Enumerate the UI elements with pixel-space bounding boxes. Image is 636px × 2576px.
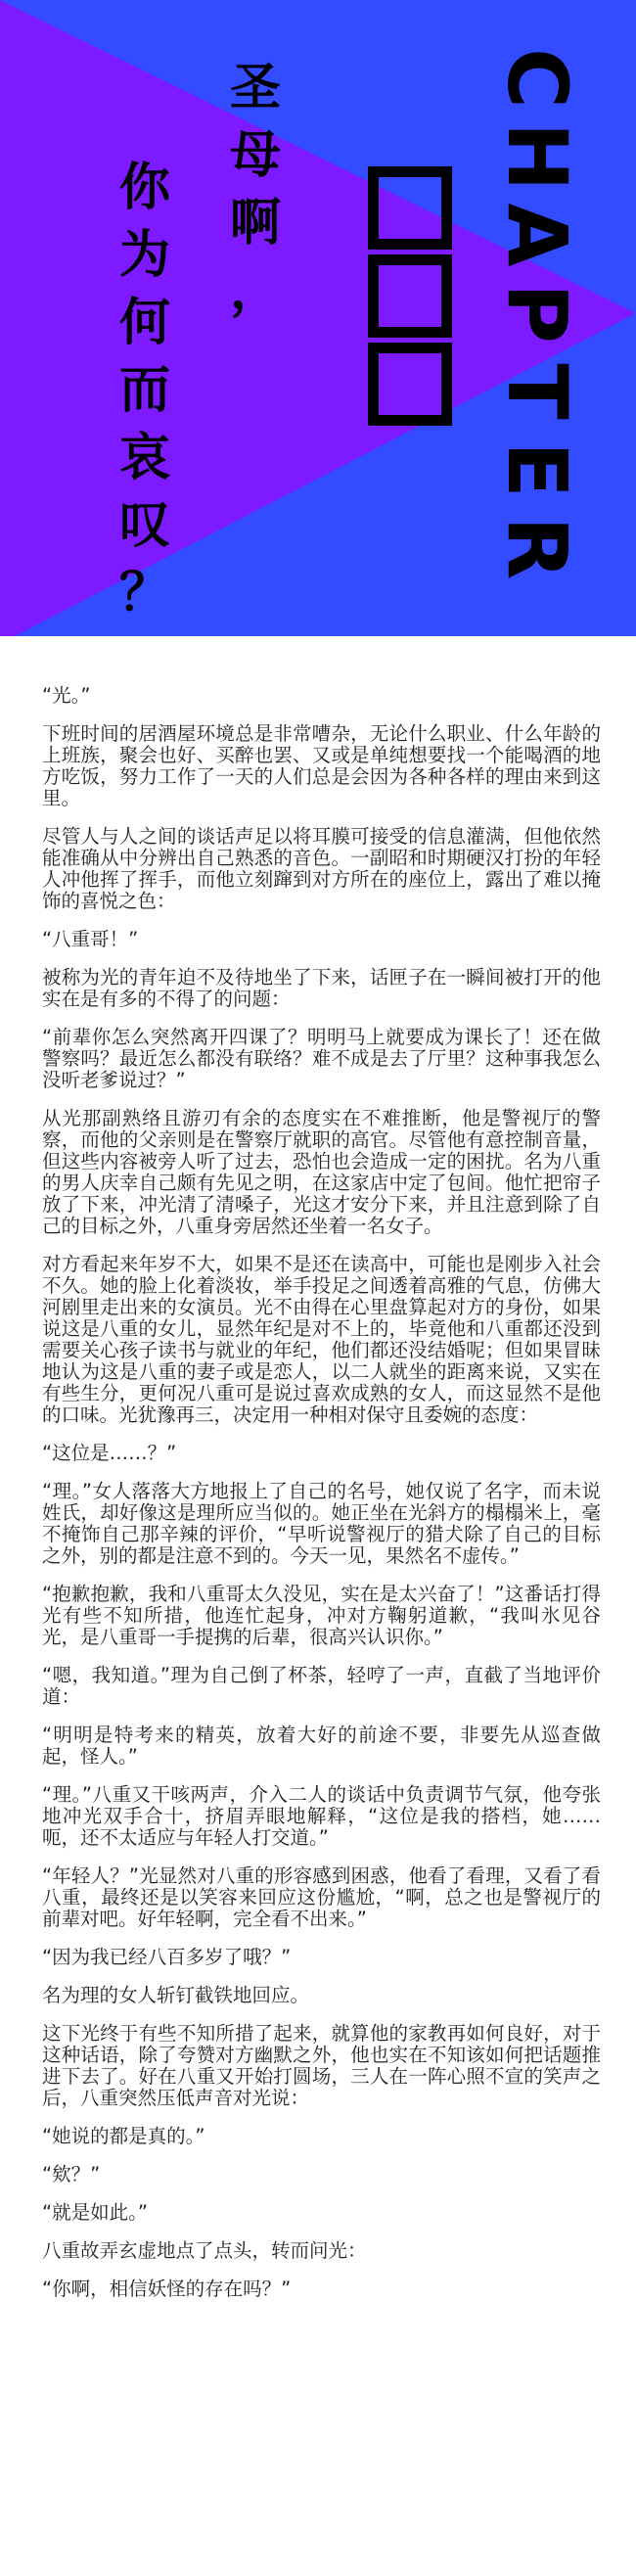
paragraph: “八重哥！”	[42, 929, 601, 950]
title-char: 叹	[117, 496, 172, 564]
title-char: 圣	[228, 59, 283, 126]
paragraph: 名为理的女人斩钉截铁地回应。	[42, 1985, 601, 2006]
title-char: 哀	[117, 429, 172, 496]
title-char: 你	[117, 159, 172, 226]
chapter-title-line-1: 圣 母 啊 ，	[228, 59, 283, 329]
paragraph: “就是如此。”	[42, 2202, 601, 2224]
title-char: 何	[117, 294, 172, 361]
chapter-letter: C	[508, 41, 567, 115]
title-char: 为	[117, 226, 172, 294]
chapter-letter: H	[508, 119, 567, 194]
paragraph: 这下光终于有些不知所措了起来，就算他的家教再如何良好，对于这种话语，除了夸赞对方…	[42, 2023, 601, 2109]
chapter-body: “光。” 下班时间的居酒屋环境总是非常嘈杂，无论什么职业、什么年龄的上班族，聚会…	[0, 636, 636, 2395]
paragraph: “理。”女人落落大方地报上了自己的名号，她仅说了名字，而未说姓氏，却好像这是理所…	[42, 1481, 601, 1567]
paragraph: “光。”	[42, 685, 601, 707]
chapter-letter: E	[508, 433, 567, 507]
paragraph: “抱歉抱歉，我和八重哥太久没见，实在是太兴奋了！”这番话打得光有些不知所措，他连…	[42, 1584, 601, 1648]
chapter-number-digit	[368, 343, 452, 426]
paragraph: “因为我已经八百多岁了哦？”	[42, 1947, 601, 1968]
paragraph: “这位是……？”	[42, 1443, 601, 1464]
paragraph: 被称为光的青年迫不及待地坐了下来，话匣子在一瞬间被打开的他实在是有多的不得了的问…	[42, 967, 601, 1010]
paragraph: “你啊，相信妖怪的存在吗？”	[42, 2278, 601, 2300]
chapter-letter: A	[508, 198, 567, 272]
paragraph: “她说的都是真的。”	[42, 2126, 601, 2147]
title-char: 啊	[228, 194, 283, 261]
chapter-title-line-2: 你 为 何 而 哀 叹 ？	[117, 159, 172, 631]
paragraph: “明明是特考来的精英，放着大好的前途不要，非要先从巡查做起，怪人。”	[42, 1725, 601, 1768]
paragraph: “欸？”	[42, 2164, 601, 2185]
chapter-label: C H A P T E R	[500, 49, 574, 577]
paragraph: 对方看起来年岁不大，如果不是还在读高中，可能也是刚步入社会不久。她的脸上化着淡妆…	[42, 1254, 601, 1426]
chapter-letter: R	[508, 511, 567, 585]
title-char: ，	[228, 261, 283, 329]
title-char: 而	[117, 361, 172, 429]
chapter-cover: C H A P T E R 圣 母 啊 ， 你 为 何 而 哀 叹 ？	[0, 0, 636, 636]
paragraph: 从光那副熟络且游刃有余的态度实在不难推断，他是警视厅的警察，而他的父亲则是在警察…	[42, 1108, 601, 1237]
paragraph: 尽管人与人之间的谈话声足以将耳膜可接受的信息灌满，但他依然能准确从中分辨出自己熟…	[42, 826, 601, 912]
chapter-letter: T	[508, 354, 567, 429]
paragraph: “嗯，我知道。”理为自己倒了杯茶，轻哼了一声，直截了当地评价道：	[42, 1665, 601, 1708]
title-char: 母	[228, 126, 283, 194]
paragraph: 八重故弄玄虚地点了点头，转而问光：	[42, 2240, 601, 2262]
title-char: ？	[117, 564, 172, 631]
chapter-number-digit	[368, 254, 452, 338]
paragraph: “理。”八重又干咳两声，介入二人的谈话中负责调节气氛，他夸张地冲光双手合十，挤眉…	[42, 1784, 601, 1849]
paragraph: “前辈你怎么突然离开四课了？明明马上就要成为课长了！还在做警察吗？最近怎么都没有…	[42, 1027, 601, 1091]
chapter-letter: P	[508, 276, 567, 350]
chapter-number	[368, 166, 452, 426]
paragraph: 下班时间的居酒屋环境总是非常嘈杂，无论什么职业、什么年龄的上班族，聚会也好、买醉…	[42, 723, 601, 809]
paragraph: “年轻人？”光显然对八重的形容感到困惑，他看了看理，又看了看八重，最终还是以笑容…	[42, 1865, 601, 1930]
chapter-number-digit	[368, 166, 452, 250]
